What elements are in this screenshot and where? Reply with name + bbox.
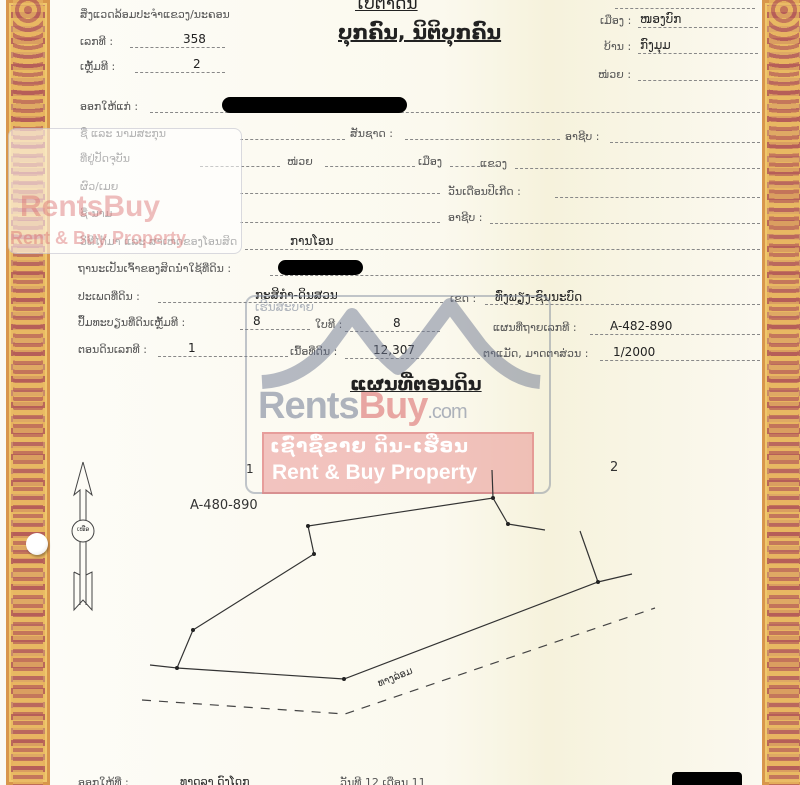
redacted-footer <box>672 772 742 785</box>
address-province-label: ແຂວງ <box>480 157 507 170</box>
village-label: ບ້ານ : <box>604 40 631 53</box>
number-label: ເລກທີ : <box>80 35 113 48</box>
dotted-line <box>638 80 758 81</box>
decorative-border-left <box>6 0 50 785</box>
redacted-status <box>278 260 363 275</box>
dotted-line <box>615 8 755 9</box>
decorative-border-right <box>762 0 800 785</box>
ownership-status-label: ຖານະເປັນເຈົ້າຂອງສິດນຳໃຊ້ທີ່ດິນ : <box>78 262 231 275</box>
dotted-line <box>590 334 760 335</box>
dotted-line <box>245 249 760 250</box>
dotted-line <box>135 72 225 73</box>
issued-to-label: ອອກໃຫ້ແກ່ : <box>80 100 138 113</box>
punch-hole <box>26 533 48 555</box>
watermark-small-text: ເຮີນສະບາຍ <box>255 300 314 314</box>
issued-at-label: ອອກໃຫ້ທີ່ : <box>78 776 129 785</box>
neighbor-parcel-label: A-480-890 <box>190 498 258 513</box>
redacted-owner-name <box>222 97 407 113</box>
watermark-brand: RentsBuy.com <box>258 385 467 428</box>
corner-2-label: 2 <box>610 460 618 475</box>
title-top: ໃບຕາດິນ <box>355 0 418 14</box>
dotted-line <box>610 142 760 143</box>
nationality-label: ສັນຊາດ : <box>350 127 393 140</box>
dotted-line <box>325 166 415 167</box>
book-value: 2 <box>193 57 201 71</box>
occupation-label: ອາຊີບ : <box>565 130 600 143</box>
side-watermark-brand: RentsBuy <box>20 190 160 224</box>
acquisition-value: ການໂອນ <box>290 234 333 248</box>
issue-date: ວັນທີ 12 ເດືອນ 11 <box>340 776 426 785</box>
scale-value: 1/2000 <box>613 345 655 359</box>
district-value: ໜອງບົກ <box>640 12 681 26</box>
watermark-english-slogan: Rent & Buy Property <box>272 461 477 485</box>
unit-label: ໜ່ວຍ : <box>598 68 631 81</box>
dotted-line <box>270 275 760 276</box>
number-value: 358 <box>183 32 206 46</box>
issuer-line: ສິ່ງແວດລ້ອມປະຈຳແຂວງ/ນະຄອນ <box>80 8 230 21</box>
spouse-occupation-label: ອາຊີບ : <box>448 211 483 224</box>
register-label: ປຶ້ມທະບຽນທີ່ດິນເຫຼັ້ມທີ : <box>78 316 185 329</box>
dotted-line <box>240 222 440 223</box>
side-watermark-slogan: Rent & Buy Property <box>10 228 186 249</box>
compass-north-label: ເໜືອ <box>77 526 89 533</box>
dotted-line <box>490 223 760 224</box>
dotted-line <box>450 166 480 167</box>
watermark-lao-slogan: ເຊົ່າຊື້ຂາຍ ດິນ-ເຮືອນ <box>270 435 469 457</box>
issued-at-value: ທາດລາ ດົງໂດກ <box>180 775 250 785</box>
dotted-line <box>638 53 758 54</box>
dotted-line <box>600 360 760 361</box>
book-label: ເຫຼັ້ມທີ : <box>80 60 115 73</box>
document-title: ບຸກຄົນ, ນິຕິບຸກຄົນ <box>338 20 501 44</box>
address-unit-label: ໜ່ວຍ <box>287 155 313 168</box>
parcel-number-value: 1 <box>188 341 196 355</box>
dotted-line <box>240 193 440 194</box>
dotted-line <box>555 197 760 198</box>
dotted-line <box>240 139 345 140</box>
address-district-label: ເມືອງ <box>418 155 442 168</box>
village-value: ກົງມຸມ <box>640 38 671 52</box>
birthdate-label: ວັນເດືອນປີເກີດ : <box>448 185 521 198</box>
dotted-line <box>638 27 758 28</box>
district-label: ເມືອງ : <box>600 14 631 27</box>
dotted-line <box>515 168 760 169</box>
corner-1-label: 1 <box>246 462 254 476</box>
land-type-label: ປະເພດທີ່ດິນ : <box>78 290 140 303</box>
parcel-number-label: ຕອນດິນເລກທີ : <box>78 343 147 356</box>
dotted-line <box>405 139 560 140</box>
dotted-line <box>130 47 225 48</box>
map-number-value: A-482-890 <box>610 319 672 333</box>
